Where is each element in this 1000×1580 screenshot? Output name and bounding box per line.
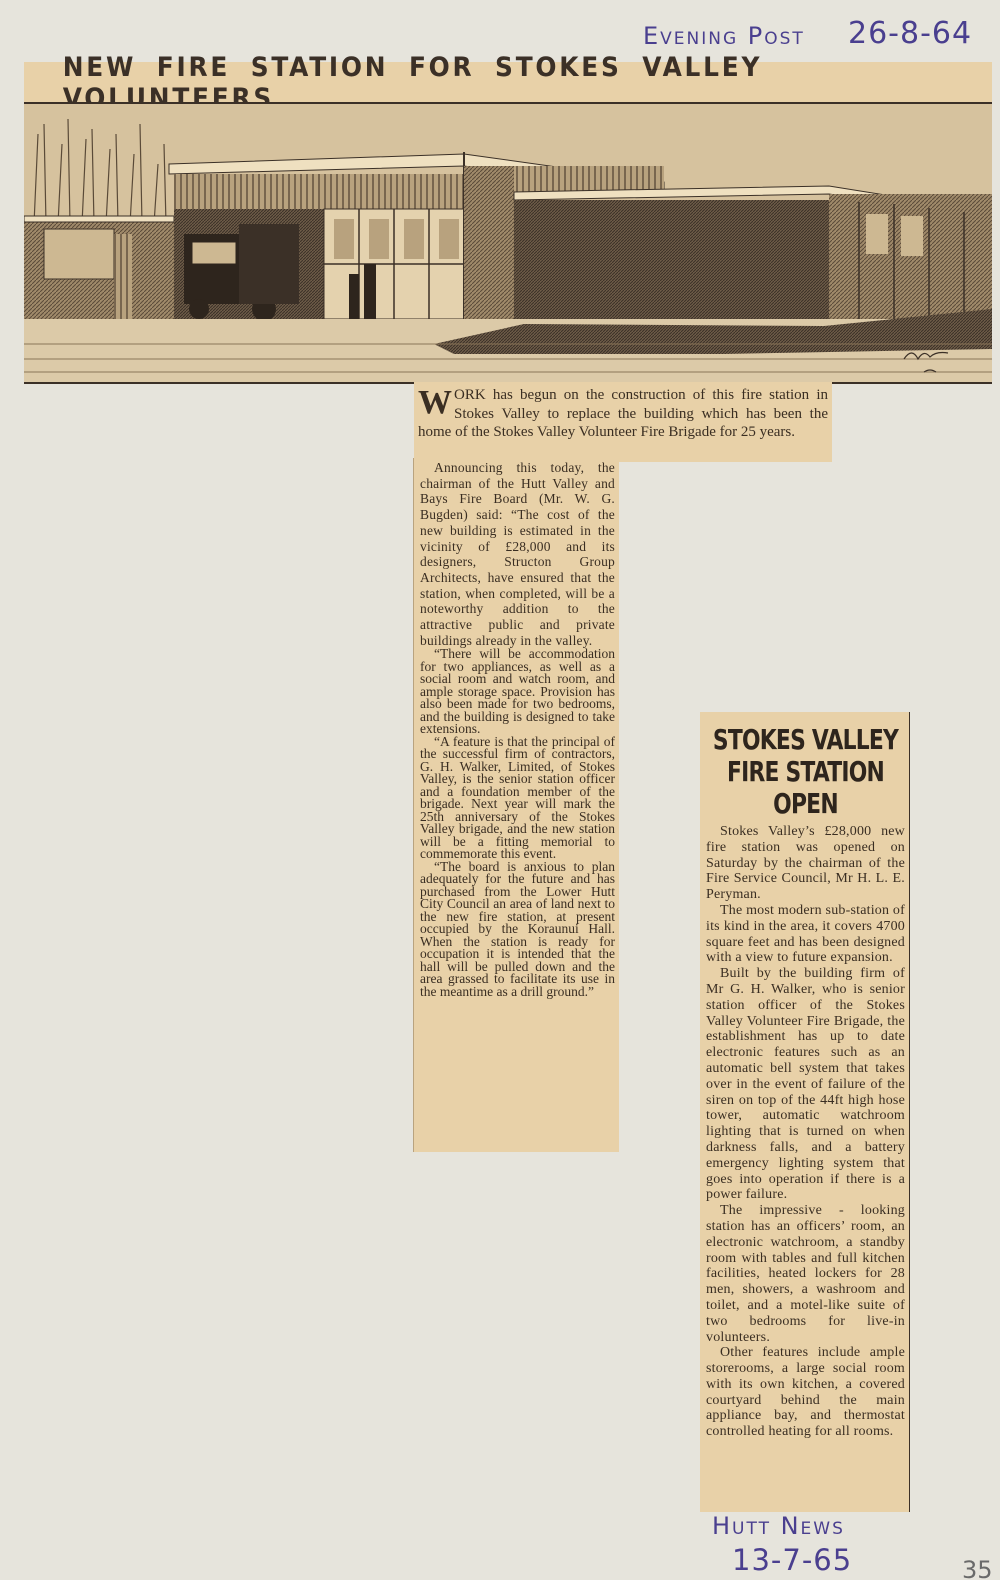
paragraph: Other features include ample storerooms,… bbox=[706, 1345, 905, 1440]
building-illustration bbox=[24, 102, 992, 384]
article-2-clipping: STOKES VALLEY FIRE STATION OPEN Stokes V… bbox=[700, 712, 910, 1512]
headline-strip: NEW FIRE STATION FOR STOKES VALLEY VOLUN… bbox=[24, 62, 992, 104]
paragraph: “A feature is that the principal of the … bbox=[420, 736, 615, 861]
paragraph: The most modern sub-station of its kind … bbox=[706, 903, 905, 966]
intro-text: ORK has begun on the construction of thi… bbox=[418, 387, 828, 440]
handwritten-date: 26-8-64 bbox=[848, 16, 972, 51]
paragraph: “The board is anxious to plan adequately… bbox=[420, 861, 615, 999]
handwritten-date: 13-7-65 bbox=[732, 1543, 852, 1577]
page-number: 35 bbox=[962, 1556, 993, 1580]
article-1-body-column: Announcing this today, the chairman of t… bbox=[413, 458, 619, 1152]
headline-line-2: FIRE STATION OPEN bbox=[704, 756, 906, 820]
handwritten-source-label: Hutt News bbox=[712, 1512, 845, 1540]
paragraph: Built by the building firm of Mr G. H. W… bbox=[706, 966, 905, 1203]
headline-line-1: STOKES VALLEY bbox=[704, 724, 906, 756]
article-intro: WORK has begun on the construction of th… bbox=[414, 382, 832, 462]
paragraph: “There will be accommodation for two app… bbox=[420, 648, 615, 736]
fire-station-drawing-icon bbox=[24, 104, 992, 382]
paragraph: Announcing this today, the chairman of t… bbox=[420, 460, 615, 648]
drop-cap: W bbox=[418, 388, 452, 418]
handwritten-source-label: Evening Post bbox=[643, 22, 805, 50]
article-2-headline: STOKES VALLEY FIRE STATION OPEN bbox=[704, 724, 906, 820]
paragraph: Stokes Valley’s £28,000 new fire station… bbox=[706, 824, 905, 903]
paragraph: The impressive - looking station has an … bbox=[706, 1203, 905, 1345]
